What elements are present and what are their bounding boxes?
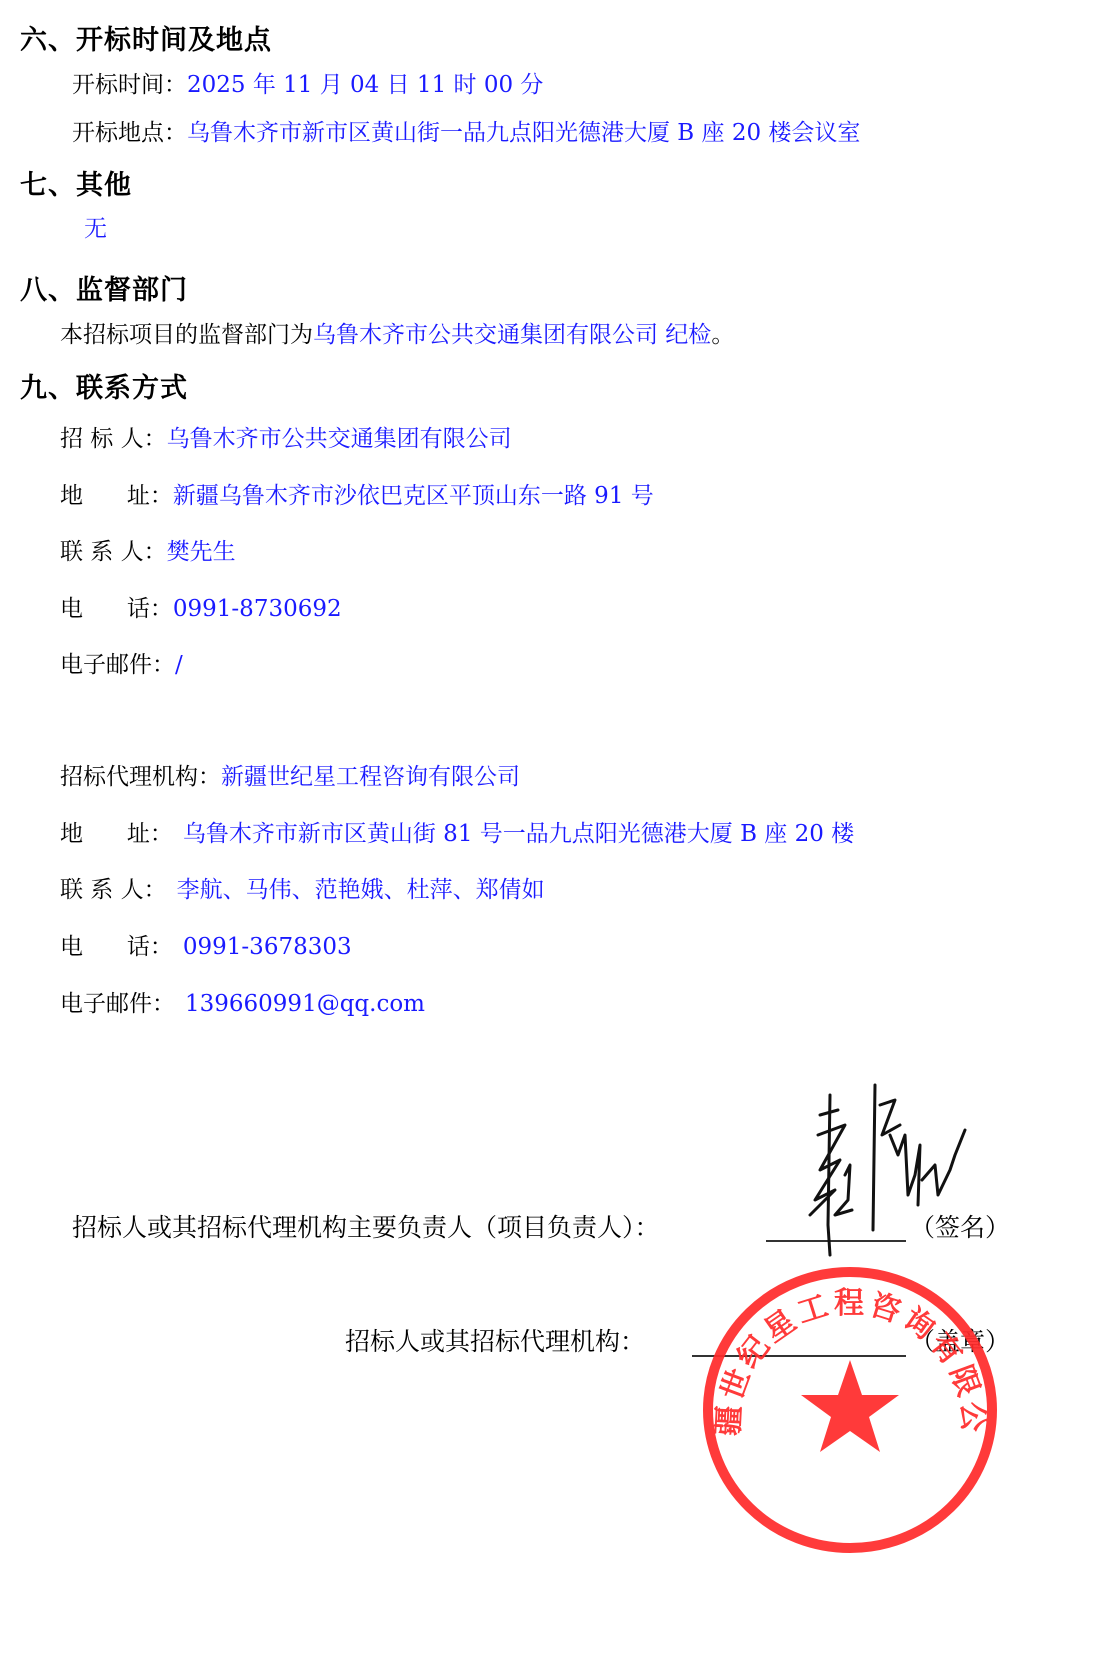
tenderer-address-row: 地 址：新疆乌鲁木齐市沙依巴克区平顶山东一路 91 号 [60,481,654,511]
agency-email: 139660991@qq.com [185,991,425,1017]
agency-phone-row: 电 话：0991-3678303 [60,932,352,962]
bid-opening-place-value: 乌鲁木齐市新市区黄山街一品九点阳光德港大厦 B 座 20 楼会议室 [187,120,860,146]
tenderer-address-label: 地 址： [60,483,173,509]
bid-opening-time-value: 2025 年 11 月 04 日 11 时 00 分 [187,72,543,98]
section-heading-8: 八、监督部门 [20,268,188,307]
tenderer-name: 乌鲁木齐市公共交通集团有限公司 [167,426,512,452]
tenderer-phone-label: 电 话： [60,596,173,622]
bid-opening-time-label: 开标时间： [72,72,187,98]
handwritten-signature-icon [790,1075,980,1260]
tenderer-email: / [175,652,183,678]
agency-name-row: 招标代理机构：新疆世纪星工程咨询有限公司 [60,762,520,792]
agency-contact-label: 联 系 人： [60,877,167,903]
agency-email-row: 电子邮件：139660991@qq.com [60,989,425,1019]
agency-contact-row: 联 系 人：李航、马伟、范艳娥、杜萍、郑倩如 [60,875,545,905]
bid-opening-time: 开标时间：2025 年 11 月 04 日 11 时 00 分 [72,70,543,100]
tenderer-name-row: 招 标 人：乌鲁木齐市公共交通集团有限公司 [60,424,512,454]
bid-opening-place: 开标地点：乌鲁木齐市新市区黄山街一品九点阳光德港大厦 B 座 20 楼会议室 [72,118,860,148]
tenderer-contact: 樊先生 [167,539,236,565]
agency-email-label: 电子邮件： [60,991,175,1017]
section-heading-7: 七、其他 [20,163,132,202]
tenderer-phone: 0991-8730692 [173,596,342,622]
agency-name: 新疆世纪星工程咨询有限公司 [221,764,520,790]
tenderer-email-row: 电子邮件：/ [60,650,183,680]
tenderer-contact-row: 联 系 人：樊先生 [60,537,236,567]
agency-address-label: 地 址： [60,821,173,847]
organization-seal-label: 招标人或其招标代理机构： [345,1327,645,1357]
other-value: 无 [84,214,107,244]
tenderer-email-label: 电子邮件： [60,652,175,678]
agency-contacts: 李航、马伟、范艳娥、杜萍、郑倩如 [177,877,545,903]
supervision-statement: 本招标项目的监督部门为乌鲁木齐市公共交通集团有限公司 纪检。 [60,320,734,350]
section-heading-6: 六、开标时间及地点 [20,18,272,57]
official-seal-stamp-icon: 新疆世纪星工程咨询有限公司 [700,1265,1000,1555]
agency-phone: 0991-3678303 [183,934,352,960]
supervision-department: 乌鲁木齐市公共交通集团有限公司 纪检 [313,322,711,348]
agency-phone-label: 电 话： [60,934,173,960]
agency-name-label: 招标代理机构： [60,764,221,790]
tenderer-contact-label: 联 系 人： [60,539,167,565]
bid-opening-place-label: 开标地点： [72,120,187,146]
supervision-suffix: 。 [711,322,734,348]
agency-address-row: 地 址：乌鲁木齐市新市区黄山街 81 号一品九点阳光德港大厦 B 座 20 楼 [60,819,854,849]
tenderer-phone-row: 电 话：0991-8730692 [60,594,342,624]
section-heading-9: 九、联系方式 [20,366,188,405]
supervision-prefix: 本招标项目的监督部门为 [60,322,313,348]
agency-address: 乌鲁木齐市新市区黄山街 81 号一品九点阳光德港大厦 B 座 20 楼 [183,821,854,847]
leader-signature-label: 招标人或其招标代理机构主要负责人（项目负责人）： [72,1213,660,1243]
tenderer-address: 新疆乌鲁木齐市沙依巴克区平顶山东一路 91 号 [173,483,654,509]
tenderer-name-label: 招 标 人： [60,426,167,452]
